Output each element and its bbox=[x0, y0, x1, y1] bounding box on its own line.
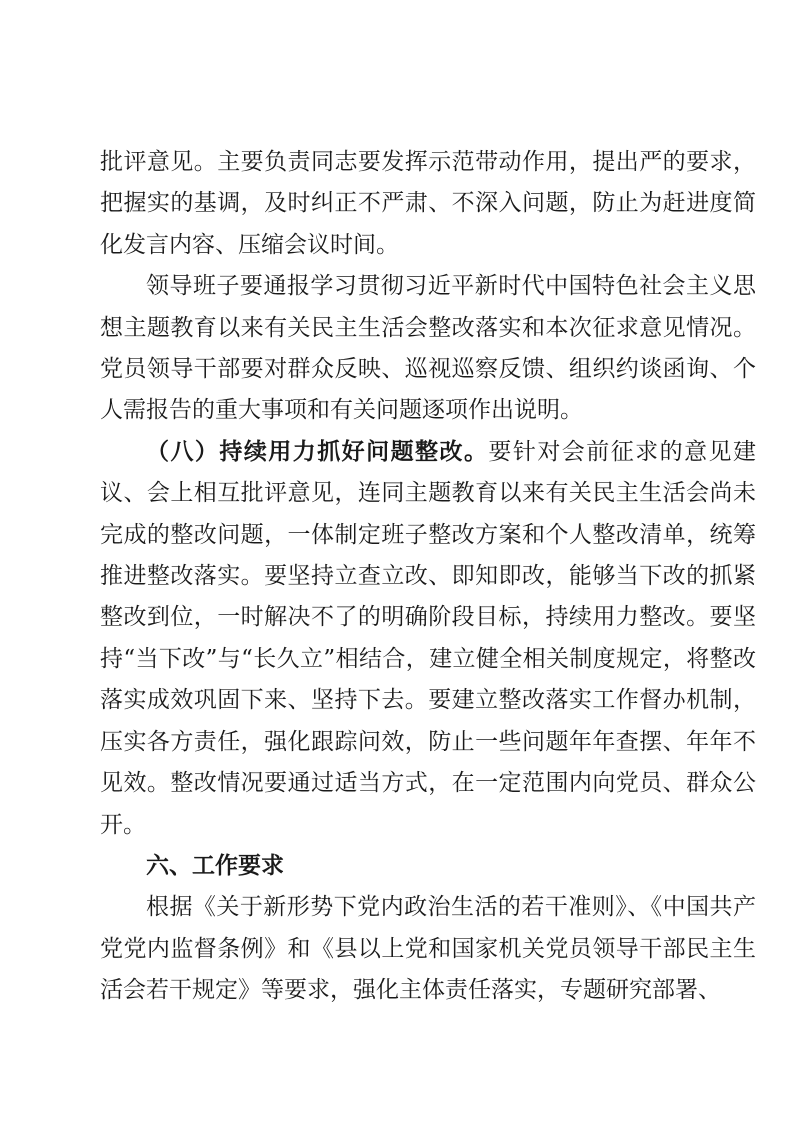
paragraph-text: 要针对会前征求的意见建议、会上相互批评意见，连同主题教育以来有关民主生活会尚未完… bbox=[100, 439, 756, 838]
paragraph: （八）持续用力抓好问题整改。要针对会前征求的意见建议、会上相互批评意见，连同主题… bbox=[100, 432, 756, 846]
paragraph: 领导班子要通报学习贯彻习近平新时代中国特色社会主义思想主题教育以来有关民主生活会… bbox=[100, 266, 756, 432]
document-body: 批评意见。主要负责同志要发挥示范带动作用，提出严的要求，把握实的基调，及时纠正不… bbox=[100, 142, 756, 1012]
paragraph-lead-bold: （八）持续用力抓好问题整改。 bbox=[146, 439, 488, 465]
section-heading: 六、工作要求 bbox=[100, 846, 756, 887]
paragraph: 批评意见。主要负责同志要发挥示范带动作用，提出严的要求，把握实的基调，及时纠正不… bbox=[100, 142, 756, 266]
document-page: 批评意见。主要负责同志要发挥示范带动作用，提出严的要求，把握实的基调，及时纠正不… bbox=[0, 0, 793, 1122]
paragraph: 根据《关于新形势下党内政治生活的若干准则》、《中国共产党党内监督条例》和《县以上… bbox=[100, 887, 756, 1011]
